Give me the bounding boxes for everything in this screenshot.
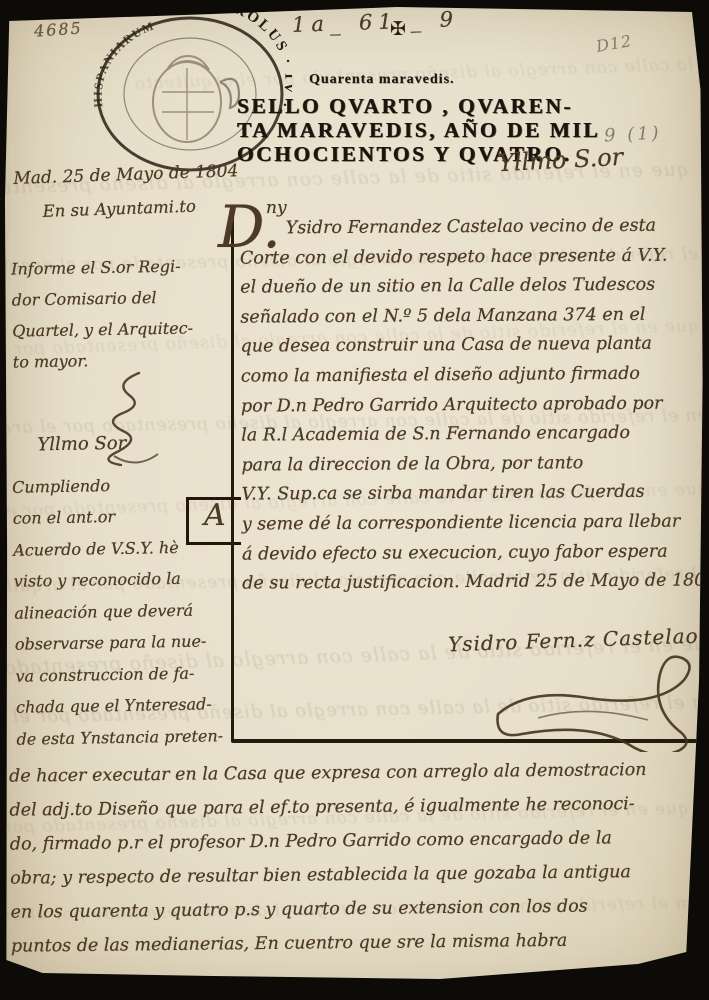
- petition-line: el dueño de un sitio en la Calle delos T…: [240, 271, 698, 304]
- stamp-line-1: SELLO QVARTO , QVAREN-: [237, 94, 687, 118]
- margin-line: va construccion de fa-: [15, 657, 222, 692]
- petition-line: Ysidro Fernandez Castelao vecino de esta: [286, 211, 698, 243]
- petition-line: la R.l Academia de S.n Fernando encargad…: [241, 419, 699, 452]
- petition-text-block: Ysidro Fernandez Castelao vecino de esta…: [240, 211, 701, 599]
- margin-line: chada que el Ynteresad-: [16, 688, 223, 723]
- tax-small-print: Quarenta maravedis.: [309, 72, 687, 88]
- margin-date-block: Mad. 25 de Mayo de 1804 En su Ayuntami.t…: [13, 154, 240, 230]
- petition-line: como la manifiesta el diseño adjunto fir…: [241, 359, 699, 392]
- margin-line: observarse para la nue-: [15, 625, 222, 660]
- archive-number-annotation: 4685: [33, 18, 83, 40]
- petition-line: V.Y. Sup.ca se sirba mandar tiren las Cu…: [242, 478, 700, 511]
- stamp-line-2: TA MARAVEDIS, AÑO DE MIL: [237, 118, 687, 142]
- margin-council-line: En su Ayuntami.to: [42, 188, 240, 229]
- margin-line: Informe el S.or Regi-: [11, 250, 192, 284]
- pencil-reference-annotation: D12: [595, 31, 634, 56]
- margin-decree-block: Informe el S.or Regi- dor Comisario del …: [11, 250, 194, 377]
- printed-cross-icon: ✠: [390, 18, 406, 40]
- report-text-block: de hacer executar en la Casa que expresa…: [9, 752, 706, 963]
- petition-line: á devido efecto su execucion, cuyo fabor…: [242, 537, 700, 570]
- margin-line: de esta Ynstancia preten-: [16, 720, 223, 755]
- plan-reference-letter: A: [204, 498, 226, 533]
- margin-rule-vertical: [231, 216, 234, 742]
- folio-marks-annotation: 1a_ 61 _ 9: [292, 7, 460, 37]
- signature-rubric-flourish: [478, 652, 708, 752]
- manuscript-page: que en el referido sitio de la calle con…: [0, 0, 709, 1000]
- petition-line: señalado con el N.º 5 dela Manzana 374 e…: [240, 300, 698, 333]
- margin-salutation: Yllmo Sor: [37, 426, 218, 461]
- petition-line: por D.n Pedro Garrido Arquitecto aprobad…: [241, 389, 699, 422]
- seal-coat-of-arms: [153, 56, 239, 142]
- margin-line: alineación que deverá: [14, 594, 221, 629]
- report-line: obra; y respecto de resultar bien establ…: [10, 854, 705, 895]
- petition-line: que desea construir una Casa de nueva pl…: [240, 330, 698, 363]
- petition-line: y seme dé la correspondiente licencia pa…: [242, 507, 700, 540]
- margin-line: visto y reconocido la: [14, 562, 221, 597]
- margin-line: Quartel, y el Arquitec-: [12, 312, 193, 346]
- petition-line: Corte con el devido respeto hace present…: [240, 241, 698, 274]
- margin-report-block: Yllmo Sor Cumpliendo con el ant.or Acuer…: [11, 426, 223, 755]
- salutation: Yllmo S.or: [497, 143, 623, 178]
- petition-line: para la direccion de la Obra, por tanto: [241, 448, 699, 481]
- photograph-background: que en el referido sitio de la calle con…: [0, 0, 709, 1000]
- petition-line: de su recta justificacion. Madrid 25 de …: [242, 567, 700, 600]
- margin-line: dor Comisario del: [11, 281, 192, 315]
- report-line: puntos de las medianerias, En cuentro qu…: [11, 922, 706, 963]
